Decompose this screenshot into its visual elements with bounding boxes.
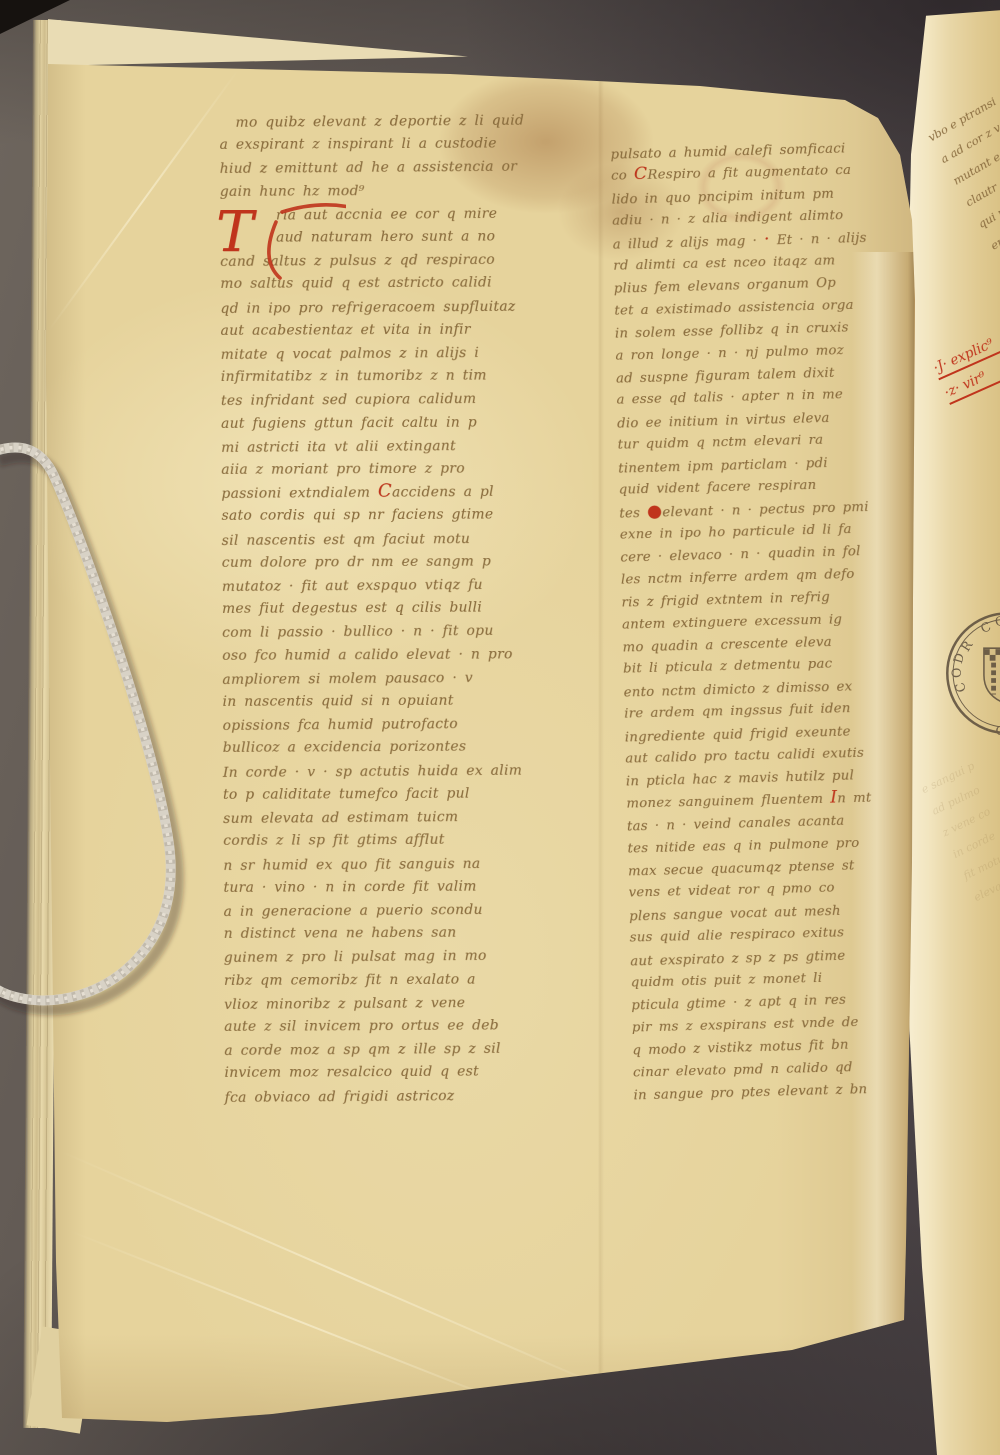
ink-text: in nascentis quid si n opuiant xyxy=(222,693,453,710)
ink-text: n mt xyxy=(837,790,872,806)
ink-text: sus quid alie respiraco exitus xyxy=(630,926,845,946)
ink-text: pulsato a humid calefi somficaci xyxy=(610,141,845,162)
rubric-mark: ● xyxy=(647,501,663,521)
initial-flourish xyxy=(206,192,346,322)
text-line: n distinct vena ne habens san xyxy=(224,921,580,946)
ink-text: cordis z li sp fit gtims afflut xyxy=(223,832,445,849)
ink-text: aut exspirato z sp z ps gtime xyxy=(630,948,845,969)
text-line: ribz qm cemoribz fit n exalato a xyxy=(224,968,580,993)
ink-text: quid vident facere respiran xyxy=(619,478,817,498)
text-line: In corde · v · sp actutis huida ex alim xyxy=(223,759,579,785)
text-line: invicem moz resalcico quid q est xyxy=(224,1060,580,1085)
ink-text: bit li pticula z detmentu pac xyxy=(623,657,833,677)
ink-text: tes xyxy=(619,505,647,521)
ink-text: les nctm inferre ardem qm defo xyxy=(621,567,855,588)
text-line: hiud z emittunt ad he a assistencia or xyxy=(220,155,576,181)
ink-text: quidm otis puit z monet li xyxy=(631,971,823,991)
ink-text: cere · elevaco · n · quadin in fol xyxy=(620,544,861,565)
text-line: com li passio · bullico · n · fit opu xyxy=(222,619,578,645)
ink-text: tinentem ipm particlam · pdi xyxy=(618,456,828,477)
ink-text: elevant · n · pectus pro pmi xyxy=(662,499,869,520)
ink-text: ire ardem qm ingssus fuit iden xyxy=(624,701,851,722)
text-line: infirmitatibz z in tumoribz z n tim xyxy=(221,364,577,389)
ink-text: mo quadin a crescente eleva xyxy=(622,635,832,656)
text-line: in nascentis quid si n opuiant xyxy=(222,689,578,714)
text-line: sil nascentis est qm faciut motu xyxy=(222,527,578,553)
ink-text: in pticla hac z mavis hutilz pul xyxy=(626,769,855,790)
rubric-mark: C xyxy=(634,164,648,184)
text-line: vlioz minoribz z pulsant z vene xyxy=(224,991,580,1017)
text-column-right: pulsato a humid calefi somficacico CResp… xyxy=(610,136,933,1107)
ink-text: sil nascentis est qm faciut motu xyxy=(222,531,471,549)
ink-text: plius fem elevans organum Op xyxy=(614,276,837,297)
ink-text: tura · vino · n in corde fit valim xyxy=(223,878,476,895)
ink-text: bullicoz a excidencia porizontes xyxy=(223,739,467,756)
ink-text: hiud z emittunt ad he a assistencia or xyxy=(220,159,518,177)
ink-text: mo quibz elevant z deportie z li quid xyxy=(235,112,524,130)
rubric-mark: C xyxy=(378,481,392,502)
ink-text: cum dolore pro dr nm ee sangm p xyxy=(222,553,491,570)
text-line: aut fugiens gttun facit caltu in p xyxy=(221,411,577,436)
text-line: sato cordis qui sp nr faciens gtime xyxy=(221,504,577,529)
ink-text: mutatoz · fit aut exspquo vtiqz fu xyxy=(222,577,483,595)
ink-text: guinem z pro li pulsat mag in mo xyxy=(224,948,487,966)
ink-text: mi astricti ita vt alii extingant xyxy=(221,438,456,456)
text-line: n sr humid ex quo fit sanguis na xyxy=(223,851,579,877)
ink-text: ampliorem si molem pausaco · v xyxy=(222,670,473,688)
ink-text: invicem moz resalcico quid q est xyxy=(224,1064,479,1081)
ink-text: ribz qm cemoribz fit n exalato a xyxy=(224,971,476,988)
ink-text: in solem esse follibz q in cruxis xyxy=(615,320,849,341)
ink-text: cinar elevato pmd n calido qd xyxy=(633,1060,853,1080)
ink-text: lido in quo pncipim initum pm xyxy=(611,186,834,207)
svg-text:O: O xyxy=(994,613,1000,629)
ink-text: adiu · n · z alia indigent alimto xyxy=(612,208,844,229)
ink-text: tur quidm q nctm elevari ra xyxy=(617,433,823,453)
text-line: bullicoz a excidencia porizontes xyxy=(223,736,579,761)
text-line: mutatoz · fit aut exspquo vtiqz fu xyxy=(222,573,578,599)
ink-text: oso fco humid a calido elevat · n pro xyxy=(222,646,513,664)
manuscript-photo: vbo e ptransia ad cor z vmutant e coclau… xyxy=(0,0,1000,1455)
ink-text: Respiro a fit augmentato ca xyxy=(647,163,851,183)
ink-text: a esse qd talis · apter n in me xyxy=(616,388,843,409)
ink-text: vlioz minoribz z pulsant z vene xyxy=(224,995,465,1013)
ink-text: mes fiut degestus est q cilis bulli xyxy=(222,600,482,617)
text-line: mo quibz elevant z deportie z li quid xyxy=(219,109,575,135)
text-line: guinem z pro li pulsat mag in mo xyxy=(224,944,580,970)
ink-text: rd alimti ca est nceo itaqz am xyxy=(613,253,835,273)
text-line: passioni extndialem Caccidens a pl xyxy=(221,480,577,506)
ink-text: antem extinguere excessum ig xyxy=(622,612,842,632)
svg-text:D: D xyxy=(950,651,967,665)
library-stamp-icon: C O L L C O D R OX xyxy=(928,595,1000,765)
text-line: a exspirant z inspirant li a custodie xyxy=(220,132,576,157)
ink-text: n sr humid ex quo fit sanguis na xyxy=(223,855,480,873)
text-line: oso fco humid a calido elevat · n pro xyxy=(222,643,578,668)
ink-text: tas · n · veind canales acanta xyxy=(627,814,845,835)
ink-text: ingrediente quid frigid exeunte xyxy=(625,724,851,745)
ink-text: In corde · v · sp actutis huida ex alim xyxy=(223,762,522,780)
text-line: aiia z moriant pro timore z pro xyxy=(221,457,577,482)
text-line: ampliorem si molem pausaco · v xyxy=(222,666,578,692)
ink-text: aute z sil invicem pro ortus ee deb xyxy=(224,1017,499,1034)
ink-text: a ron longe · n · nj pulmo moz xyxy=(615,343,844,364)
svg-text:O: O xyxy=(949,668,964,679)
ink-text: fca obviaco ad frigidi astricoz xyxy=(224,1088,454,1106)
text-line: a in generacione a puerio scondu xyxy=(223,898,579,924)
ink-text: ento nctm dimicto z dimisso ex xyxy=(623,679,852,700)
ink-text: aut fugiens gttun facit caltu in p xyxy=(221,414,477,431)
text-line: cum dolore pro dr nm ee sangm p xyxy=(222,550,578,575)
ink-text: passioni extndialem xyxy=(221,485,378,502)
ink-text: a corde moz a sp qm z ille sp z sil xyxy=(224,1041,501,1059)
svg-text:C: C xyxy=(978,618,993,636)
ink-text: Et · n · alijs xyxy=(770,230,867,248)
ink-text: sato cordis qui sp nr faciens gtime xyxy=(221,507,493,524)
ink-text: tes nitide eas q in pulmone pro xyxy=(627,836,859,857)
svg-text:OX: OX xyxy=(996,723,1000,738)
ink-text: aiia z moriant pro timore z pro xyxy=(221,461,465,478)
ink-text: max secue quacumqz ptense st xyxy=(628,858,855,879)
ink-text: tes infridant sed cupiora calidum xyxy=(221,391,477,409)
ink-text: n distinct vena ne habens san xyxy=(224,925,457,942)
text-line: mes fiut degestus est q cilis bulli xyxy=(222,596,578,621)
ink-text: pticula gtime · z apt q in res xyxy=(631,993,846,1014)
crease-line xyxy=(59,1150,628,1399)
ink-text: com li passio · bullico · n · fit opu xyxy=(222,623,494,641)
ink-text: a in generacione a puerio scondu xyxy=(224,902,483,920)
ink-text: in sangue pro ptes elevant z bn xyxy=(633,1082,867,1103)
ink-text: opissions fca humid putrofacto xyxy=(223,716,458,734)
text-line: sum elevata ad estimam tuicm xyxy=(223,805,579,831)
ink-text: to p caliditate tumefco facit pul xyxy=(223,786,470,803)
rubric-note: ·J· explic⁹ ·z· vir⁹ xyxy=(931,309,1000,411)
ink-text: monez sanguinem fluentem xyxy=(626,791,830,811)
ink-text: ad suspne figuram talem dixit xyxy=(616,366,835,387)
ink-text: aut acabestientaz et vita in infir xyxy=(220,321,470,338)
bookmark-cord xyxy=(0,430,208,1030)
ink-text: a illud z alijs mag · xyxy=(613,233,765,252)
ink-text: ris z frigid extntem in refrig xyxy=(621,590,830,611)
text-line: tes infridant sed cupiora calidum xyxy=(221,387,577,413)
ink-text: aut calido pro tactu calidi exutis xyxy=(625,746,864,767)
ink-text: mitate q vocat palmos z in alijs i xyxy=(221,345,479,363)
text-line: opissions fca humid putrofacto xyxy=(223,712,579,738)
ink-text: exne in ipo ho particule id li fa xyxy=(620,522,852,543)
ink-text: a exspirant z inspirant li a custodie xyxy=(220,136,497,153)
ink-text: tet a existimado assistencia orga xyxy=(614,298,854,319)
ink-text: pir ms z exspirans est vnde de xyxy=(632,1015,859,1036)
ink-text: dio ee initium in virtus eleva xyxy=(617,411,830,432)
text-line: to p caliditate tumefco facit pul xyxy=(223,782,579,807)
text-line: cordis z li sp fit gtims afflut xyxy=(223,828,579,853)
ink-text: co xyxy=(611,169,634,185)
text-line: aute z sil invicem pro ortus ee deb xyxy=(224,1014,580,1039)
ink-text: accidens a pl xyxy=(392,484,494,501)
ink-text: plens sangue vocat aut mesh xyxy=(629,903,841,924)
text-line: tura · vino · n in corde fit valim xyxy=(223,875,579,900)
text-line: mi astricti ita vt alii extingant xyxy=(221,434,577,460)
ink-text: q modo z vistikz motus fit bn xyxy=(632,1038,849,1059)
ink-text: sum elevata ad estimam tuicm xyxy=(223,809,458,827)
text-line: a corde moz a sp qm z ille sp z sil xyxy=(224,1037,580,1063)
ink-text: vens et videat ror q pmo co xyxy=(628,881,834,901)
text-line: mitate q vocat palmos z in alijs i xyxy=(221,341,577,367)
ink-text: infirmitatibz z in tumoribz z n tim xyxy=(221,368,487,385)
facing-page-text: vbo e ptransia ad cor z vmutant e coclau… xyxy=(923,53,1000,345)
text-line: fca obviaco ad frigidi astricoz xyxy=(224,1084,580,1110)
svg-text:R: R xyxy=(958,637,976,654)
